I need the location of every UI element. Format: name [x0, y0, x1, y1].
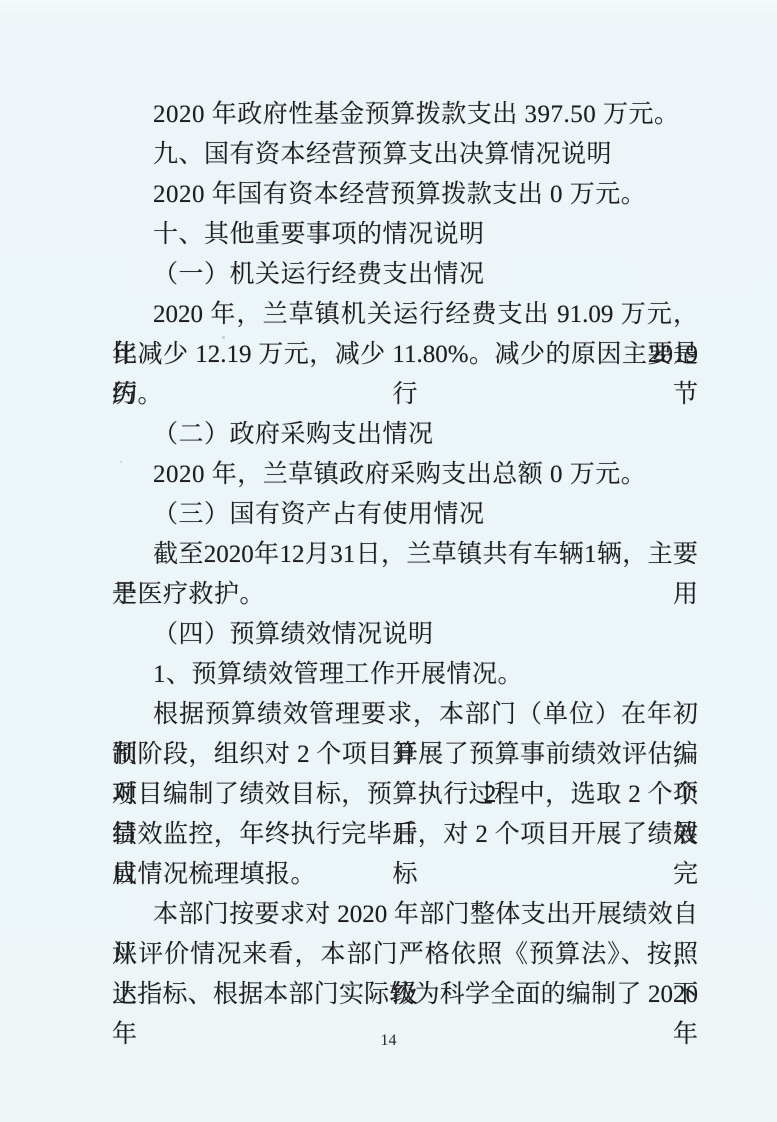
text-line: 2020 年，兰草镇机关运行经费支出 91.09 万元，比 2019: [112, 295, 698, 335]
text-line: （一）机关运行经费支出情况: [112, 255, 698, 295]
text-line: 九、国有资本经营预算支出决算情况说明: [112, 135, 698, 175]
text-line: （四）预算绩效情况说明: [112, 615, 698, 655]
text-line: 绩效监控，年终执行完毕后，对 2 个项目开展了绩效目标完: [112, 815, 698, 855]
text-line: 2020 年，兰草镇政府采购支出总额 0 万元。: [112, 455, 698, 495]
text-line: 从评价情况来看，本部门严格依照《预算法》、按照上级下: [112, 935, 698, 975]
text-line: （三）国有资产占有使用情况: [112, 495, 698, 535]
text-line: 2020 年国有资本经营预算拨款支出 0 万元。: [112, 175, 698, 215]
page-number: 14: [0, 1031, 777, 1051]
text-line: 十、其他重要事项的情况说明: [112, 215, 698, 255]
scan-speck: [222, 336, 225, 339]
text-line: 根据预算绩效管理要求，本部门（单位）在年初预算编: [112, 695, 698, 735]
text-line: 年减少 12.19 万元，减少 11.80%。减少的原因主要是厉行节: [112, 335, 698, 375]
text-line: （二）政府采购支出情况: [112, 415, 698, 455]
document-body: 2020 年政府性基金预算拨款支出 397.50 万元。九、国有资本经营预算支出…: [112, 95, 698, 1015]
text-line: 截至2020年12月31日，兰草镇共有车辆1辆，主要是用: [112, 535, 698, 575]
text-line: 制阶段，组织对 2 个项目开展了预算事前绩效评估，对 2 个: [112, 735, 698, 775]
scanned-document-page: 2020 年政府性基金预算拨款支出 397.50 万元。九、国有资本经营预算支出…: [0, 0, 777, 1122]
scan-speck: [120, 461, 122, 463]
text-line: 1、预算绩效管理工作开展情况。: [112, 655, 698, 695]
text-line: 达指标、根据本部门实际较为科学全面的编制了 2020 年年: [112, 975, 698, 1015]
text-line: 本部门按要求对 2020 年部门整体支出开展绩效自评，: [112, 895, 698, 935]
text-line: 项目编制了绩效目标，预算执行过程中，选取 2 个项目开展: [112, 775, 698, 815]
text-line: 2020 年政府性基金预算拨款支出 397.50 万元。: [112, 95, 698, 135]
